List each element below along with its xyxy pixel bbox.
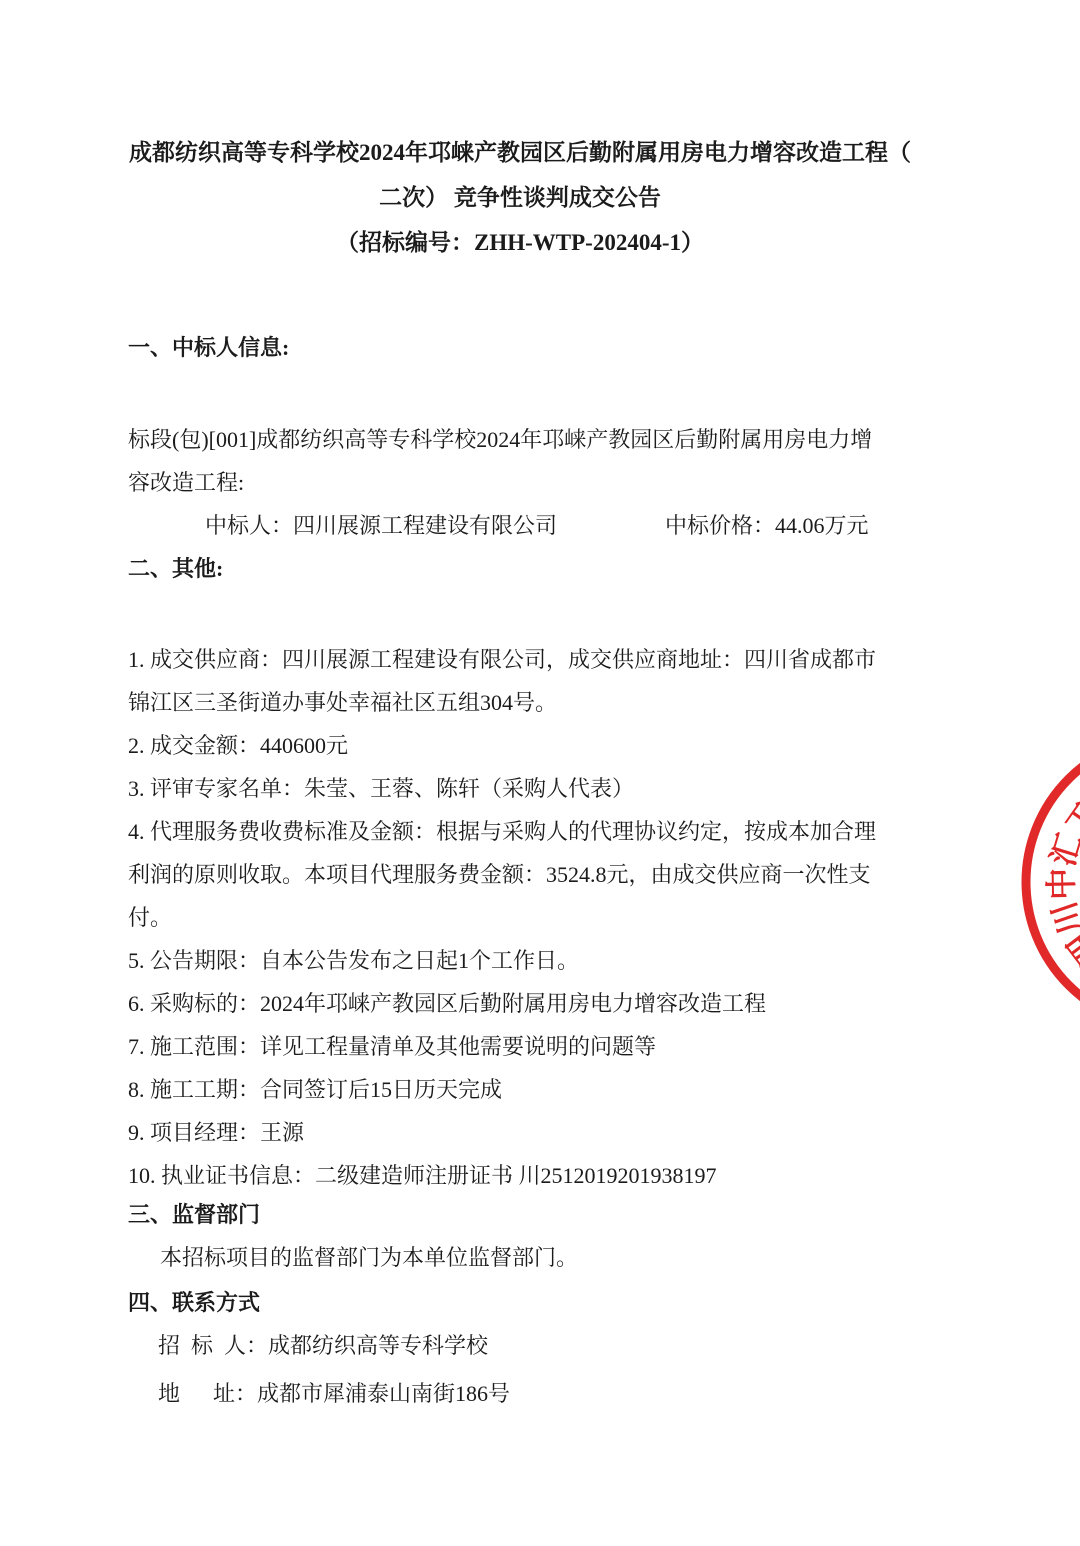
item-announcement-period: 5. 公告期限：自本公告发布之日起1个工作日。: [128, 939, 912, 982]
stamp-char: 汇: [1044, 829, 1080, 870]
item-expert-list: 3. 评审专家名单：朱莹、王蓉、陈轩（采购人代表）: [128, 767, 912, 810]
contact-tenderer: 招 标 人：成都纺织高等专科学校: [128, 1324, 912, 1367]
item-procurement-target: 6. 采购标的：2024年邛崃产教园区后勤附属用房电力增容改造工程: [128, 982, 912, 1025]
package-description: 标段(包)[001]成都纺织高等专科学校2024年邛崃产教园区后勤附属用房电力增…: [128, 418, 912, 504]
section-heading-other: 二、其他:: [128, 547, 912, 590]
item-construction-duration: 8. 施工工期：合同签订后15日历天完成: [128, 1068, 912, 1111]
item-agency-fee-line-3: 付。: [128, 896, 912, 939]
item-deal-amount: 2. 成交金额：440600元: [128, 724, 912, 767]
section-heading-winner-info: 一、中标人信息:: [128, 326, 912, 369]
bid-number-line: （招标编号：ZHH-WTP-202404-1）: [128, 220, 912, 265]
stamp-char: 中: [1043, 868, 1080, 901]
winner-and-price-row: 中标人：四川展源工程建设有限公司 中标价格：44.06万元: [128, 504, 912, 547]
stamp-char: 川: [1045, 897, 1080, 939]
item-project-manager: 9. 项目经理：王源: [128, 1111, 912, 1154]
item-construction-scope: 7. 施工范围：详见工程量清单及其他需要说明的问题等: [128, 1025, 912, 1068]
package-line-1: 标段(包)[001]成都纺织高等专科学校2024年邛崃产教园区后勤附属用房电力增: [128, 418, 912, 461]
item-agency-fee-line-2: 利润的原则收取。本项目代理服务费金额：3524.8元，由成交供应商一次性支: [128, 853, 912, 896]
section-heading-supervision: 三、监督部门: [128, 1193, 912, 1236]
scanned-announcement-document: { "title": { "lines": [ "成都纺织高等专科学校2024年…: [0, 0, 1080, 1546]
title-line-1: 成都纺织高等专科学校2024年邛崃产教园区后勤附属用房电力增容改造工程（: [128, 130, 912, 175]
package-line-2: 容改造工程:: [128, 461, 912, 504]
document-page: 成都纺织高等专科学校2024年邛崃产教园区后勤附属用房电力增容改造工程（ 二次）…: [128, 0, 912, 1415]
contact-address: 地 址：成都市犀浦泰山南街186号: [128, 1372, 912, 1415]
item-agency-fee-line-1: 4. 代理服务费收费标准及金额：根据与采购人的代理协议约定，按成本加合理: [128, 810, 912, 853]
document-title: 成都纺织高等专科学校2024年邛崃产教园区后勤附属用房电力增容改造工程（ 二次）…: [128, 130, 912, 265]
item-supplier-line-2: 锦江区三圣街道办事处幸福社区五组304号。: [128, 681, 912, 724]
title-line-2: 二次） 竞争性谈判成交公告: [128, 175, 912, 220]
section-heading-contact: 四、联系方式: [128, 1281, 912, 1324]
red-seal-stamp-icon: 程 工 汇 中 川 四: [1018, 728, 1080, 1040]
winning-price: 中标价格：44.06万元: [665, 504, 869, 547]
item-certificate-info: 10. 执业证书信息：二级建造师注册证书 川2512019201938197: [128, 1154, 912, 1197]
winner-name: 中标人：四川展源工程建设有限公司: [128, 513, 557, 538]
other-items-list: 1. 成交供应商：四川展源工程建设有限公司，成交供应商地址：四川省成都市 锦江区…: [128, 638, 912, 1197]
supervision-body: 本招标项目的监督部门为本单位监督部门。: [128, 1236, 912, 1279]
item-supplier-line-1: 1. 成交供应商：四川展源工程建设有限公司，成交供应商地址：四川省成都市: [128, 638, 912, 681]
